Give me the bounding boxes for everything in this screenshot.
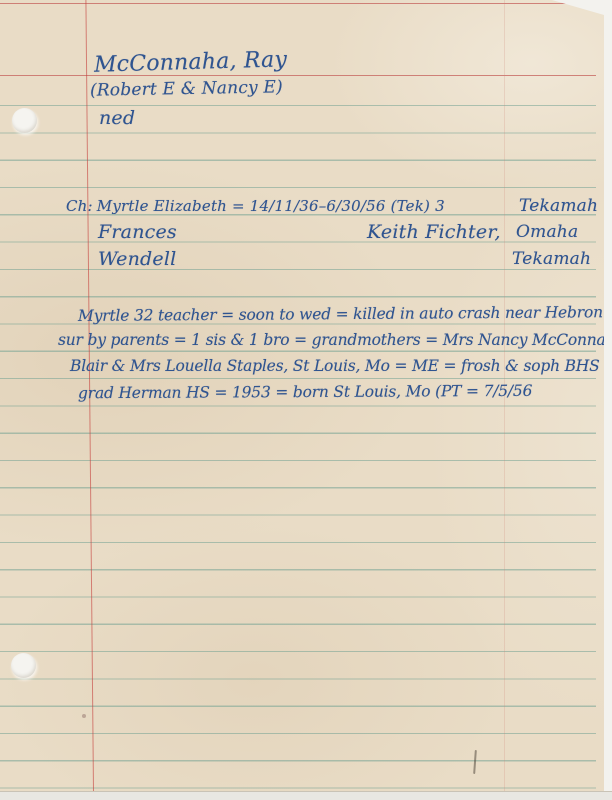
top-red-rule bbox=[0, 3, 596, 4]
child-spouse-2: Keith Fichter, bbox=[367, 221, 501, 243]
notes-line-4: grad Herman HS = 1953 = born St Louis, M… bbox=[78, 382, 532, 402]
child-name-2: Frances bbox=[98, 221, 177, 243]
scan-edge-bottom bbox=[0, 791, 612, 800]
child-name-3: Wendell bbox=[98, 248, 176, 270]
punch-hole-bottom bbox=[11, 653, 36, 678]
surname-heading: McConnaha, Ray bbox=[94, 47, 288, 77]
notes-line-1: Myrtle 32 teacher = soon to wed = killed… bbox=[78, 303, 612, 325]
notebook-paper: McConnaha, Ray (Robert E & Nancy E) ned … bbox=[0, 0, 604, 791]
scan-edge-right bbox=[604, 0, 612, 800]
child-place-3: Tekamah bbox=[512, 249, 591, 269]
heading-annotation: ned bbox=[99, 107, 135, 129]
child-place-1: Tekamah bbox=[519, 196, 598, 216]
child-row-1: Ch:Myrtle Elizabeth = 14/11/36–6/30/56 (… bbox=[66, 197, 445, 215]
header-red-rule bbox=[0, 75, 596, 76]
ink-speck bbox=[82, 714, 86, 718]
punch-hole-top bbox=[12, 108, 37, 133]
notes-line-2: sur by parents = 1 sis & 1 bro = grandmo… bbox=[58, 331, 612, 349]
scanned-page: McConnaha, Ray (Robert E & Nancy E) ned … bbox=[0, 0, 612, 800]
notes-line-3: Blair & Mrs Louella Staples, St Louis, M… bbox=[70, 357, 612, 375]
children-label: Ch: bbox=[66, 197, 93, 215]
child-place-2: Omaha bbox=[516, 222, 578, 242]
parents-line: (Robert E & Nancy E) bbox=[90, 77, 283, 100]
child-name-1: Myrtle Elizabeth = 14/11/36–6/30/56 (Tek… bbox=[97, 197, 445, 215]
